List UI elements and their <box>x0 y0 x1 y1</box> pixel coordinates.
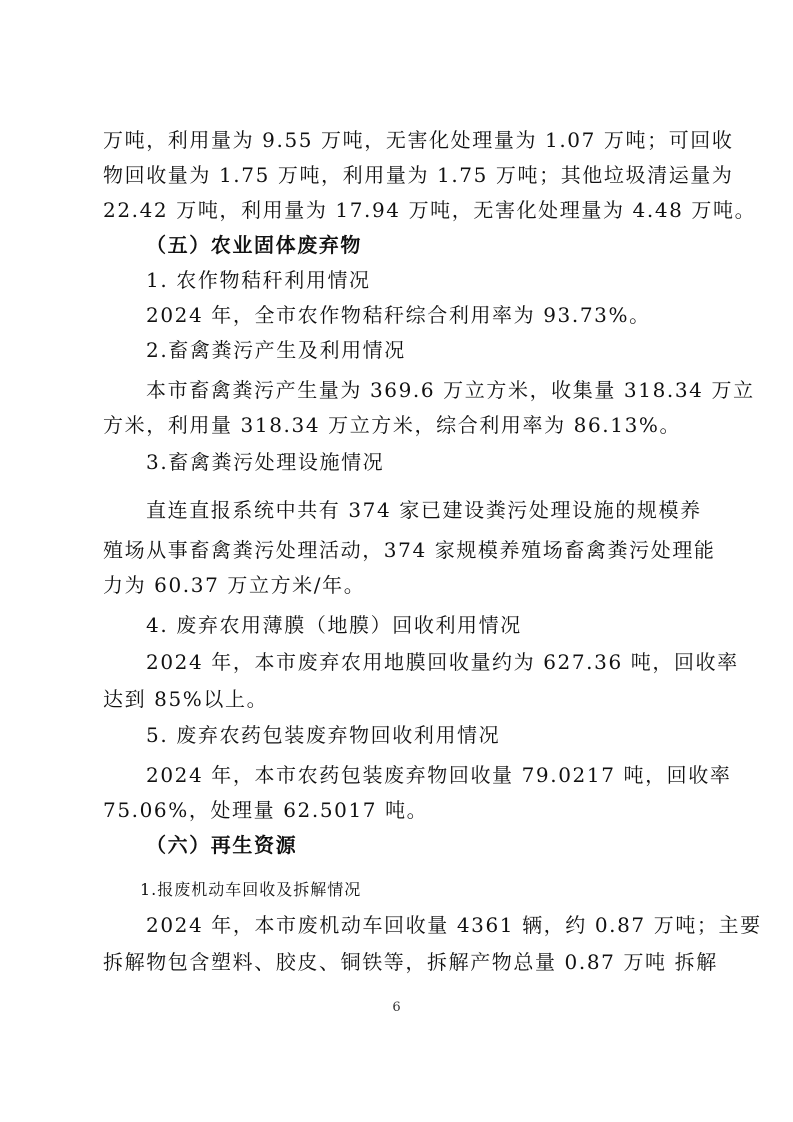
paragraph-line: 2024 年，本市废弃农用地膜回收量约为 627.36 吨，回收率 <box>146 650 693 674</box>
section-heading: （五）农业固体废弃物 <box>146 233 693 257</box>
paragraph-line: 达到 85%以上。 <box>103 687 693 711</box>
paragraph-line: 2024 年，本市废机动车回收量 4361 辆，约 0.87 万吨；主要 <box>146 913 693 937</box>
document-page: 万吨，利用量为 9.55 万吨，无害化处理量为 1.07 万吨；可回收 物回收量… <box>0 0 793 1122</box>
paragraph-line: 2024 年，全市农作物秸秆综合利用率为 93.73%。 <box>146 303 693 327</box>
subsection-heading: 4. 废弃农用薄膜（地膜）回收利用情况 <box>146 613 693 637</box>
paragraph-line: 本市畜禽粪污产生量为 369.6 万立方米，收集量 318.34 万立 <box>146 378 693 402</box>
page-number: 6 <box>0 1000 793 1015</box>
subsection-heading: 2.畜禽粪污产生及利用情况 <box>146 338 693 362</box>
subsection-heading: 5. 废弃农药包装废弃物回收利用情况 <box>146 723 693 747</box>
subsection-heading: 3.畜禽粪污处理设施情况 <box>146 450 693 474</box>
paragraph-line: 力为 60.37 万立方米/年。 <box>103 573 693 597</box>
paragraph-line: 殖场从事畜禽粪污处理活动，374 家规模养殖场畜禽粪污处理能 <box>103 538 693 562</box>
paragraph-line: 22.42 万吨，利用量为 17.94 万吨，无害化处理量为 4.48 万吨。 <box>103 198 693 222</box>
subsection-heading: 1. 农作物秸秆利用情况 <box>146 268 693 292</box>
paragraph-line: 物回收量为 1.75 万吨，利用量为 1.75 万吨；其他垃圾清运量为 <box>103 163 693 187</box>
paragraph-line: 2024 年，本市农药包装废弃物回收量 79.0217 吨，回收率 <box>146 763 693 787</box>
paragraph-line: 万吨，利用量为 9.55 万吨，无害化处理量为 1.07 万吨；可回收 <box>103 128 693 152</box>
section-heading: （六）再生资源 <box>146 833 693 857</box>
subsection-heading: 1.报废机动车回收及拆解情况 <box>140 878 730 902</box>
paragraph-line: 拆解物包含塑料、胶皮、铜铁等，拆解产物总量 0.87 万吨 拆解 <box>103 950 693 974</box>
paragraph-line: 直连直报系统中共有 374 家已建设粪污处理设施的规模养 <box>146 498 693 522</box>
paragraph-line: 75.06%，处理量 62.5017 吨。 <box>103 798 693 822</box>
paragraph-line: 方米，利用量 318.34 万立方米，综合利用率为 86.13%。 <box>103 413 693 437</box>
